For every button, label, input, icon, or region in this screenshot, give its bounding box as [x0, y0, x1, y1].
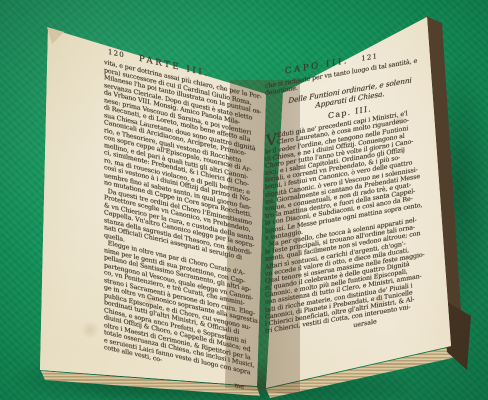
drop-cap: V	[266, 132, 277, 148]
photo-background-felt: 120 PARTE III. vita, e per dottrina assa…	[0, 0, 488, 400]
left-page-body: vita, e per dottrina assai più chiaro, c…	[104, 59, 272, 389]
page-number-right: 121	[361, 52, 378, 63]
right-page-body: Eduti già ne' precedenti capi i Ministri…	[265, 106, 435, 336]
page-number-left: 120	[108, 48, 125, 60]
right-page-text: CAPO III. 121 che si richiede per vn tan…	[265, 42, 435, 344]
right-page-body-wrap: V Eduti già ne' precedenti capi i Minist…	[265, 106, 435, 336]
left-page-text: 120 PARTE III. vita, e per dottrina assa…	[104, 46, 272, 397]
